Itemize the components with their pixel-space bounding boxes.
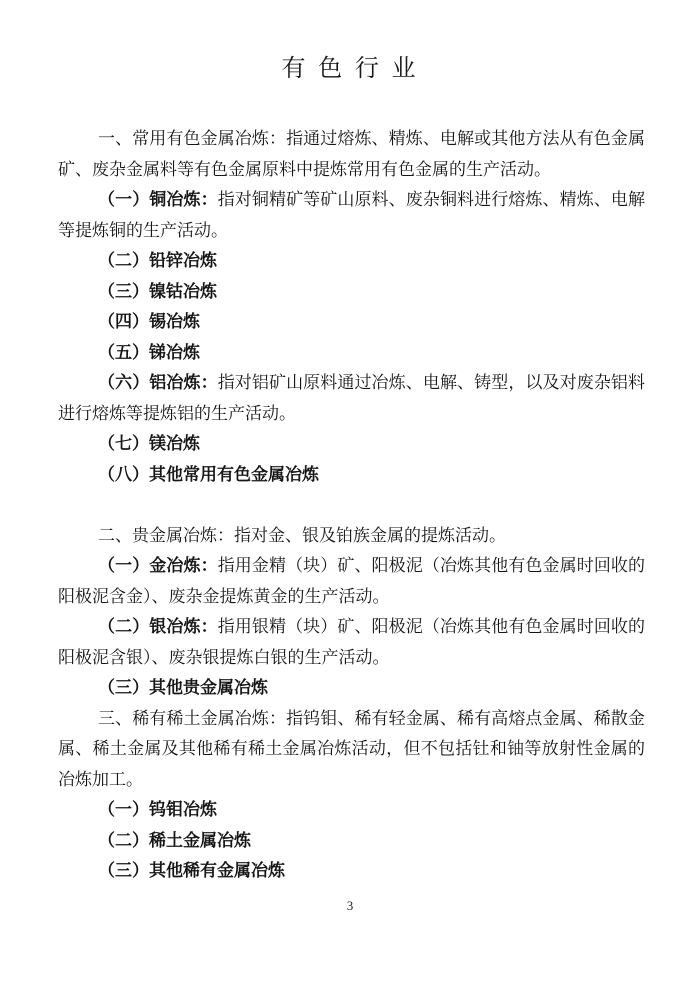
item-label: （八）其他常用有色金属冶炼	[98, 465, 319, 484]
item-label: （三）其他稀有金属冶炼	[98, 861, 285, 880]
item-label: （二）银冶炼：	[98, 617, 218, 636]
item-label: （三）镍钴冶炼	[98, 282, 217, 301]
list-item: （五）锑冶炼	[58, 338, 645, 369]
document-body: 一、常用有色金属冶炼：指通过熔炼、精炼、电解或其他方法从有色金属矿、废杂金属料等…	[58, 124, 645, 887]
item-label: （七）镁冶炼	[98, 434, 200, 453]
list-item: （三）其他贵金属冶炼	[58, 673, 645, 704]
item-text: 一、常用有色金属冶炼：指通过熔炼、精炼、电解或其他方法从有色金属矿、废杂金属料等…	[58, 129, 645, 179]
list-item: （一）钨钼冶炼	[58, 795, 645, 826]
definition-paragraph: （一）金冶炼：指用金精（块）矿、阳极泥（冶炼其他有色金属时回收的阳极泥含金）、废…	[58, 551, 645, 612]
item-label: （二）稀土金属冶炼	[98, 831, 251, 850]
list-item: （三）镍钴冶炼	[58, 277, 645, 308]
section-paragraph: 一、常用有色金属冶炼：指通过熔炼、精炼、电解或其他方法从有色金属矿、废杂金属料等…	[58, 124, 645, 185]
blank-line	[58, 490, 645, 521]
list-item: （三）其他稀有金属冶炼	[58, 856, 645, 887]
item-label: （二）铅锌冶炼	[98, 251, 217, 270]
page-title: 有 色 行 业	[0, 52, 700, 86]
page-number: 3	[0, 898, 700, 914]
section-paragraph: 二、贵金属冶炼：指对金、银及铂族金属的提炼活动。	[58, 521, 645, 552]
definition-paragraph: （二）银冶炼：指用银精（块）矿、阳极泥（冶炼其他有色金属时回收的阳极泥含银）、废…	[58, 612, 645, 673]
item-label: （五）锑冶炼	[98, 343, 200, 362]
item-label: （一）钨钼冶炼	[98, 800, 217, 819]
list-item: （七）镁冶炼	[58, 429, 645, 460]
item-label: （一）铜冶炼：	[98, 190, 218, 209]
list-item: （八）其他常用有色金属冶炼	[58, 460, 645, 491]
list-item: （二）稀土金属冶炼	[58, 826, 645, 857]
item-label: （六）铝冶炼：	[98, 373, 218, 392]
item-text: 三、稀有稀土金属冶炼：指钨钼、稀有轻金属、稀有高熔点金属、稀散金属、稀土金属及其…	[58, 709, 645, 789]
item-label: （一）金冶炼：	[98, 556, 218, 575]
document-page: 有 色 行 业 一、常用有色金属冶炼：指通过熔炼、精炼、电解或其他方法从有色金属…	[0, 0, 700, 990]
definition-paragraph: （六）铝冶炼：指对铝矿山原料通过冶炼、电解、铸型，以及对废杂铝料进行熔炼等提炼铝…	[58, 368, 645, 429]
item-text: 二、贵金属冶炼：指对金、银及铂族金属的提炼活动。	[98, 526, 506, 545]
list-item: （四）锡冶炼	[58, 307, 645, 338]
item-label: （四）锡冶炼	[98, 312, 200, 331]
section-paragraph: 三、稀有稀土金属冶炼：指钨钼、稀有轻金属、稀有高熔点金属、稀散金属、稀土金属及其…	[58, 704, 645, 796]
item-label: （三）其他贵金属冶炼	[98, 678, 268, 697]
list-item: （二）铅锌冶炼	[58, 246, 645, 277]
definition-paragraph: （一）铜冶炼：指对铜精矿等矿山原料、废杂铜料进行熔炼、精炼、电解等提炼铜的生产活…	[58, 185, 645, 246]
